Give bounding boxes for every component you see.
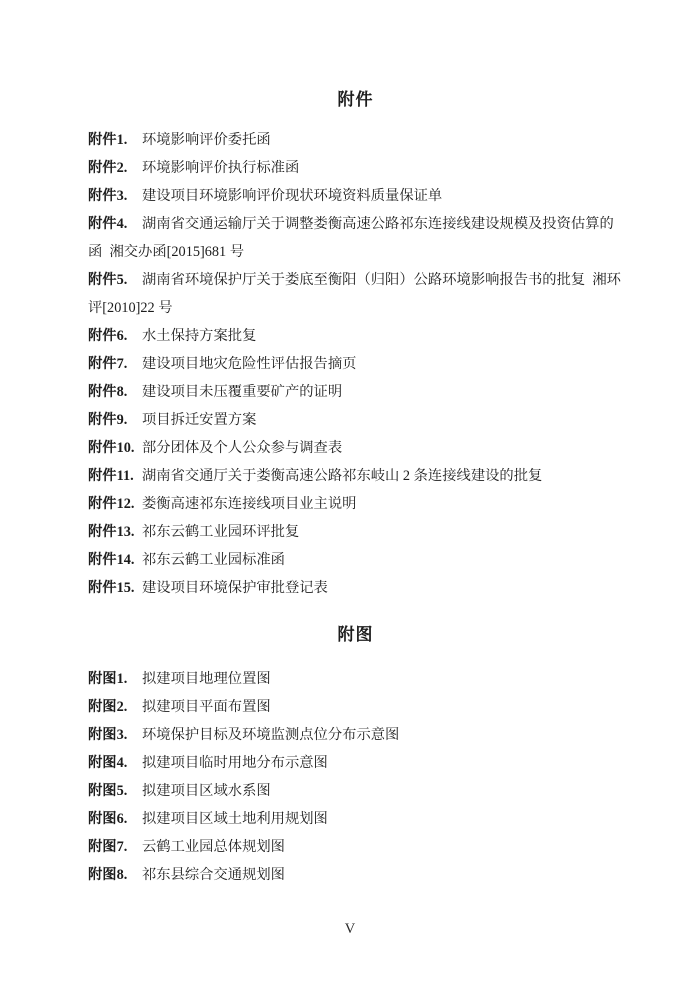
item-text: 娄衡高速祁东连接线项目业主说明	[142, 496, 356, 512]
item-text: 建设项目环境影响评价现状环境资料质量保证单	[142, 188, 442, 204]
list-item: 附件1.环境影响评价委托函	[88, 126, 623, 154]
list-item: 附件9.项目拆迁安置方案	[88, 406, 623, 434]
item-text: 环境保护目标及环境监测点位分布示意图	[142, 727, 399, 743]
item-text: 拟建项目区域土地利用规划图	[142, 811, 328, 827]
list-item: 附图6.拟建项目区域土地利用规划图	[88, 805, 623, 833]
list-item: 附件15.建设项目环境保护审批登记表	[88, 574, 623, 602]
item-text: 拟建项目区域水系图	[142, 783, 271, 799]
list-item: 附件13.祁东云鹤工业园环评批复	[88, 518, 623, 546]
item-text: 湖南省交通厅关于娄衡高速公路祁东岐山 2 条连接线建设的批复	[142, 468, 542, 484]
item-text: 拟建项目地理位置图	[142, 671, 271, 687]
item-label: 附件13.	[88, 518, 142, 546]
list-item: 附件7.建设项目地灾危险性评估报告摘页	[88, 350, 623, 378]
list-item: 附图1.拟建项目地理位置图	[88, 665, 623, 693]
item-label: 附件10.	[88, 434, 142, 462]
item-label: 附图4.	[88, 749, 142, 777]
item-label: 附件11.	[88, 462, 142, 490]
figures-list: 附图1.拟建项目地理位置图 附图2.拟建项目平面布置图 附图3.环境保护目标及环…	[88, 665, 623, 889]
item-label: 附件8.	[88, 378, 142, 406]
list-item: 附图4.拟建项目临时用地分布示意图	[88, 749, 623, 777]
list-item: 附件6.水土保持方案批复	[88, 322, 623, 350]
item-text: 湖南省交通运输厅关于调整娄衡高速公路祁东连接线建设规模及投资估算的函 湘交办函[…	[88, 216, 614, 260]
list-item: 附图8.祁东县综合交通规划图	[88, 861, 623, 889]
item-text: 祁东云鹤工业园标准函	[142, 552, 285, 568]
item-text: 建设项目地灾危险性评估报告摘页	[142, 356, 356, 372]
item-text: 建设项目环境保护审批登记表	[142, 580, 328, 596]
item-label: 附件14.	[88, 546, 142, 574]
list-item: 附件12.娄衡高速祁东连接线项目业主说明	[88, 490, 623, 518]
list-item: 附图7.云鹤工业园总体规划图	[88, 833, 623, 861]
page-number: V	[0, 921, 700, 938]
item-label: 附件9.	[88, 406, 142, 434]
item-text: 祁东云鹤工业园环评批复	[142, 524, 299, 540]
item-label: 附件12.	[88, 490, 142, 518]
item-label: 附件1.	[88, 126, 142, 154]
item-text: 水土保持方案批复	[142, 328, 256, 344]
list-item: 附件3.建设项目环境影响评价现状环境资料质量保证单	[88, 182, 623, 210]
page-content: 附件 附件1.环境影响评价委托函 附件2.环境影响评价执行标准函 附件3.建设项…	[0, 0, 700, 889]
item-label: 附件7.	[88, 350, 142, 378]
figures-section-title: 附图	[88, 623, 623, 647]
item-text: 云鹤工业园总体规划图	[142, 839, 285, 855]
list-item: 附件4.湖南省交通运输厅关于调整娄衡高速公路祁东连接线建设规模及投资估算的函 湘…	[88, 210, 623, 266]
attachments-list: 附件1.环境影响评价委托函 附件2.环境影响评价执行标准函 附件3.建设项目环境…	[88, 126, 623, 602]
list-item: 附件14.祁东云鹤工业园标准函	[88, 546, 623, 574]
item-text: 湖南省环境保护厅关于娄底至衡阳（归阳）公路环境影响报告书的批复 湘环评[2010…	[88, 272, 621, 316]
list-item: 附件8.建设项目未压覆重要矿产的证明	[88, 378, 623, 406]
document-page: 附件 附件1.环境影响评价委托函 附件2.环境影响评价执行标准函 附件3.建设项…	[0, 0, 700, 990]
list-item: 附件5.湖南省环境保护厅关于娄底至衡阳（归阳）公路环境影响报告书的批复 湘环评[…	[88, 266, 623, 322]
item-label: 附件15.	[88, 574, 142, 602]
item-label: 附图2.	[88, 693, 142, 721]
list-item: 附件2.环境影响评价执行标准函	[88, 154, 623, 182]
item-label: 附图8.	[88, 861, 142, 889]
item-text: 环境影响评价委托函	[142, 132, 271, 148]
item-label: 附图6.	[88, 805, 142, 833]
item-label: 附图7.	[88, 833, 142, 861]
item-text: 环境影响评价执行标准函	[142, 160, 299, 176]
item-label: 附件3.	[88, 182, 142, 210]
item-label: 附图5.	[88, 777, 142, 805]
item-label: 附图1.	[88, 665, 142, 693]
list-item: 附图2.拟建项目平面布置图	[88, 693, 623, 721]
item-text: 建设项目未压覆重要矿产的证明	[142, 384, 342, 400]
item-label: 附件6.	[88, 322, 142, 350]
list-item: 附图3.环境保护目标及环境监测点位分布示意图	[88, 721, 623, 749]
item-label: 附件5.	[88, 266, 142, 294]
item-text: 项目拆迁安置方案	[142, 412, 256, 428]
item-text: 拟建项目平面布置图	[142, 699, 271, 715]
item-text: 部分团体及个人公众参与调查表	[142, 440, 342, 456]
list-item: 附图5.拟建项目区域水系图	[88, 777, 623, 805]
item-label: 附件2.	[88, 154, 142, 182]
list-item: 附件10.部分团体及个人公众参与调查表	[88, 434, 623, 462]
attachments-section-title: 附件	[88, 88, 623, 112]
item-text: 祁东县综合交通规划图	[142, 867, 285, 883]
list-item: 附件11.湖南省交通厅关于娄衡高速公路祁东岐山 2 条连接线建设的批复	[88, 462, 623, 490]
item-label: 附件4.	[88, 210, 142, 238]
item-text: 拟建项目临时用地分布示意图	[142, 755, 328, 771]
item-label: 附图3.	[88, 721, 142, 749]
